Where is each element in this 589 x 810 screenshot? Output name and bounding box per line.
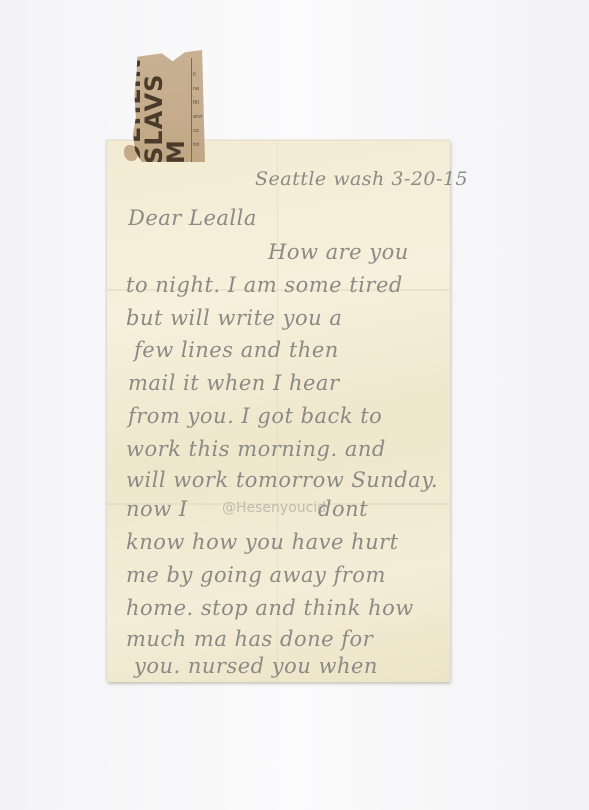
letter-line: from you. I got back to bbox=[128, 404, 382, 428]
letter-place-date: Seattle wash 3-20-15 bbox=[255, 168, 468, 190]
clipping-headline: M SLAVS DEHLIN bbox=[139, 60, 187, 162]
letter-line: few lines and then bbox=[134, 338, 339, 362]
letter-line: How are you bbox=[268, 240, 409, 264]
watermark-text: @Hesenyoucid bbox=[222, 500, 326, 516]
letter-line-tail: dont bbox=[318, 497, 368, 521]
letter-line: me by going away from bbox=[126, 563, 386, 587]
clipping-headline-line: M bbox=[165, 60, 187, 162]
letter-line: you. nursed you when bbox=[134, 654, 378, 678]
letter-line: home. stop and think how bbox=[126, 596, 414, 620]
letter-line: now I bbox=[126, 497, 188, 521]
clipping-column-rule bbox=[191, 58, 192, 162]
letter-line: will work tomorrow Sunday. bbox=[126, 468, 438, 492]
clipping-headline-line: SLAVS bbox=[143, 60, 165, 162]
letter-line: to night. I am some tired bbox=[126, 273, 403, 297]
newspaper-clipping: M SLAVS DEHLIN llnefillanncotol bbox=[133, 50, 205, 162]
letter-line: but will write you a bbox=[126, 306, 342, 330]
letter-line: much ma has done for bbox=[126, 627, 373, 651]
letter-line: work this morning. and bbox=[126, 437, 386, 461]
letter-salutation: Dear Lealla bbox=[128, 206, 257, 230]
letter-line: know how you have hurt bbox=[126, 530, 399, 554]
letter-line: mail it when I hear bbox=[128, 371, 339, 395]
